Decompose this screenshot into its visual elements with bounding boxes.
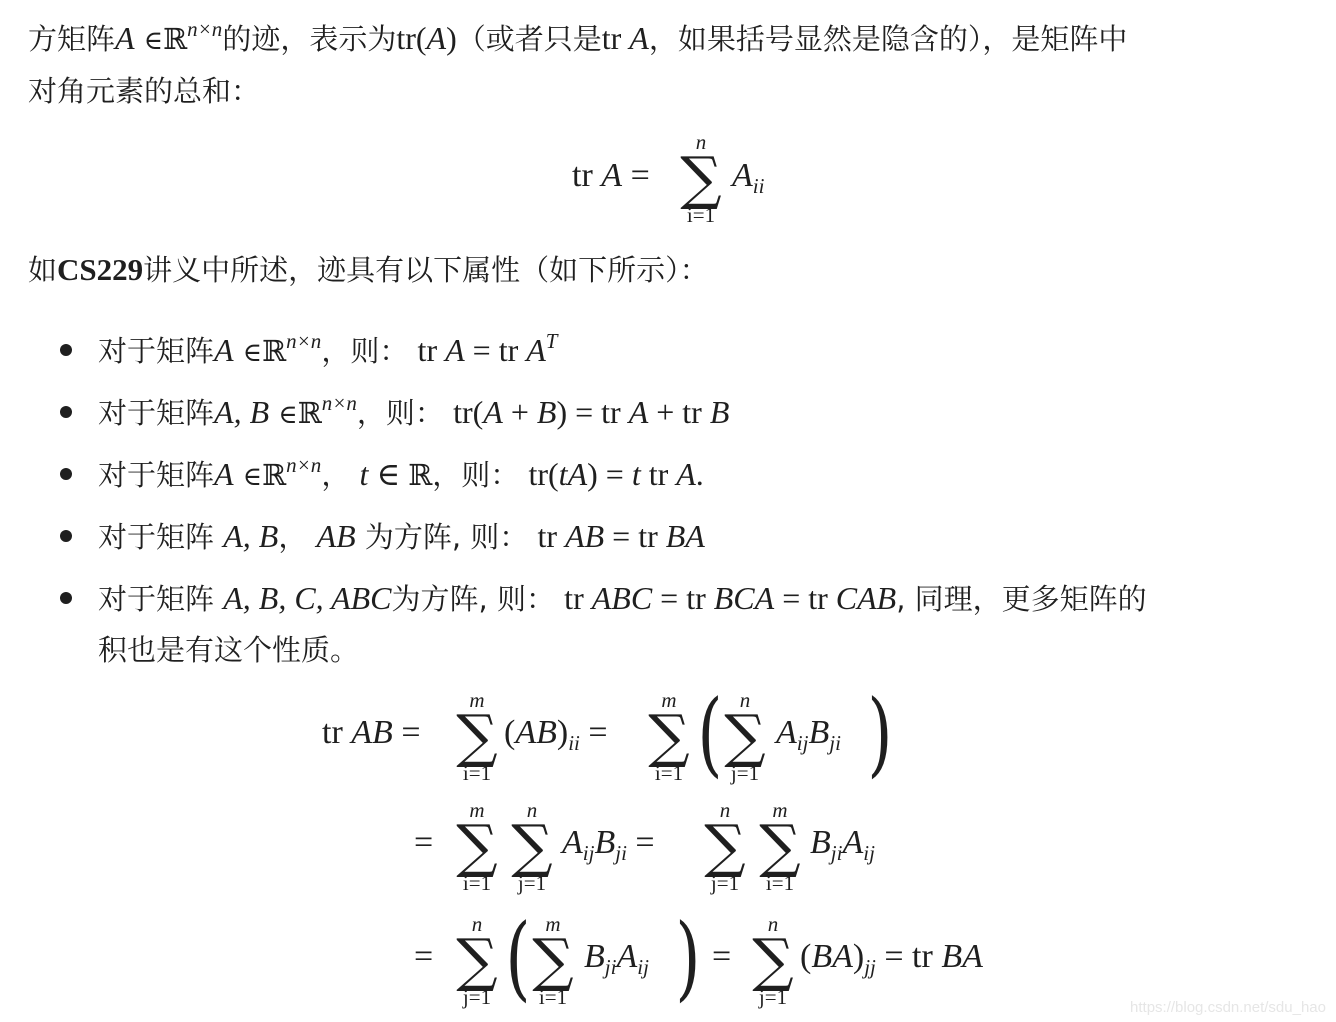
sum-symbol: n∑j=1 xyxy=(698,800,752,894)
cs229-label: CS229 xyxy=(57,252,143,287)
deriv-term: (BA)jj = tr BA xyxy=(800,938,983,976)
sum-symbol: n∑i=1 xyxy=(674,132,728,226)
deriv-term: AijBji xyxy=(776,714,841,752)
math-in: ∈ xyxy=(144,26,163,55)
deriv-term: BjiAij xyxy=(810,824,875,862)
intro-text: （或者只是 xyxy=(457,22,602,56)
intro-line-2: 对角元素的总和： xyxy=(28,71,260,111)
def-lhs: tr A = xyxy=(572,157,650,195)
deriv-lhs: tr AB = xyxy=(322,714,421,752)
watermark: https://blog.csdn.net/sdu_hao xyxy=(1130,999,1326,1016)
intro-line-1: 方矩阵A ∈ℝn×n的迹，表示为tr(A)（或者只是tr A，如果括号显然是隐含… xyxy=(28,18,1127,61)
intro-text: 方矩阵 xyxy=(28,22,115,56)
sum-symbol: m∑i=1 xyxy=(526,914,580,1008)
bullet-icon xyxy=(60,406,72,418)
sum-symbol: m∑i=1 xyxy=(450,690,504,784)
intro-text: ，如果括号显然是隐含的），是矩阵中 xyxy=(649,22,1128,56)
math-reals: ℝ xyxy=(163,22,187,56)
bullet-icon xyxy=(60,592,72,604)
bullet-icon xyxy=(60,468,72,480)
property-item: 对于矩阵A ∈ℝn×n，则： tr A = tr AT xyxy=(98,330,557,373)
property-item: 对于矩阵A, B ∈ℝn×n，则： tr(A + B) = tr A + tr … xyxy=(98,392,729,435)
deriv-term: (AB)ii = xyxy=(504,714,608,752)
def-term: Aii xyxy=(732,157,764,195)
sum-symbol: m∑i=1 xyxy=(450,800,504,894)
math-trA: tr(A) xyxy=(396,20,456,56)
right-paren: ) xyxy=(867,688,892,780)
intro-text: 的迹，表示为 xyxy=(222,22,396,56)
sum-symbol: n∑j=1 xyxy=(505,800,559,894)
property-item-continuation: 积也是有这个性质。 xyxy=(98,630,359,670)
deriv-eq: = xyxy=(414,938,433,976)
properties-intro: 如CS229讲义中所述，迹具有以下属性（如下所示）： xyxy=(28,250,709,290)
bullet-icon xyxy=(60,344,72,356)
deriv-term: AijBji = xyxy=(562,824,655,862)
sum-symbol: m∑i=1 xyxy=(642,690,696,784)
bullet-icon xyxy=(60,530,72,542)
deriv-term: BjiAij xyxy=(584,938,649,976)
math-trA2: tr A xyxy=(602,20,649,56)
property-item: 对于矩阵 A, B, C, ABC为方阵, 则： tr ABC = tr BCA… xyxy=(98,578,1147,619)
math-sup: n×n xyxy=(187,17,222,41)
property-item: 对于矩阵A ∈ℝn×n， t ∈ ℝ，则： tr(tA) = t tr A. xyxy=(98,454,704,497)
deriv-eq: = xyxy=(712,938,731,976)
sum-symbol: n∑j=1 xyxy=(718,690,772,784)
deriv-eq: = xyxy=(414,824,433,862)
sum-symbol: m∑i=1 xyxy=(753,800,807,894)
right-paren: ) xyxy=(675,912,700,1004)
property-item: 对于矩阵 A, B， AB 为方阵, 则： tr AB = tr BA xyxy=(98,516,705,557)
sum-symbol: n∑j=1 xyxy=(746,914,800,1008)
sum-symbol: n∑j=1 xyxy=(450,914,504,1008)
math-var: A xyxy=(115,20,135,56)
